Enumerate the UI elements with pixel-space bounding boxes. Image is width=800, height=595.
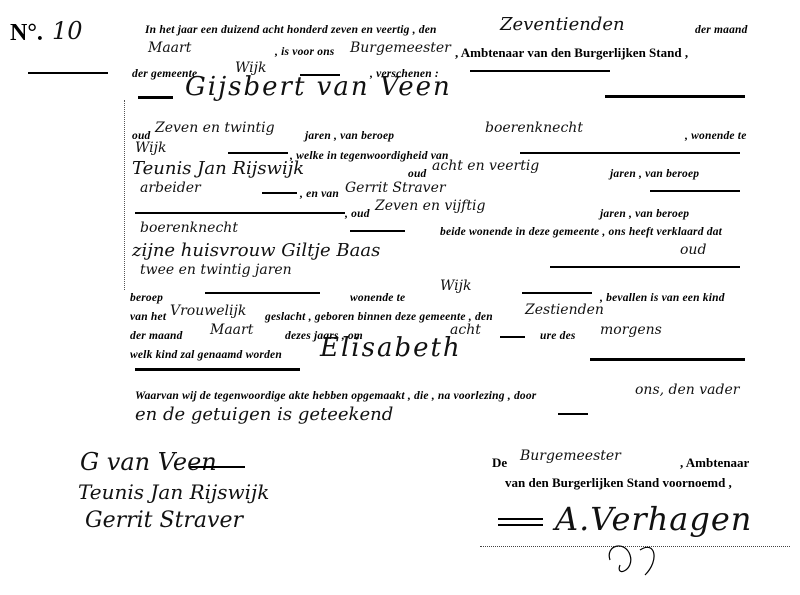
printed-voornoemd: van den Burgerlijken Stand voornoemd ,	[505, 475, 732, 491]
fill-rule	[135, 368, 300, 371]
hw-mother-text: zijne huisvrouw Giltje Baas	[132, 240, 380, 261]
fill-rule	[205, 292, 320, 294]
printed-wonende-te: , wonende te	[685, 130, 747, 142]
signature-witness1: Teunis Jan Rijswijk	[78, 480, 269, 504]
flourish-icon	[600, 540, 680, 580]
fill-rule	[262, 192, 297, 194]
hw-father-residence: Wijk	[135, 140, 166, 156]
printed-ambtenaar: , Ambtenaar	[680, 455, 749, 471]
hw-mother-residence: Wijk	[440, 278, 471, 294]
act-number-label: N°.	[10, 20, 43, 47]
hw-day: Zeventienden	[500, 14, 625, 35]
hw-father-occupation: boerenknecht	[485, 120, 583, 136]
hw-signers-b: en de getuigen is geteekend	[135, 404, 393, 425]
hw-witness1-age: acht en veertig	[432, 158, 539, 174]
margin-line	[124, 100, 125, 290]
signature-witness2: Gerrit Straver	[85, 508, 243, 533]
fill-rule	[135, 212, 345, 214]
printed-oud: , oud	[345, 208, 370, 220]
fill-rule	[520, 152, 740, 154]
act-number-value: 10	[52, 17, 83, 45]
printed-genaamd-worden: welk kind zal genaamd worden	[130, 349, 282, 361]
fill-rule	[590, 358, 745, 361]
fill-rule	[550, 266, 740, 268]
printed-van-het: van het	[130, 311, 166, 323]
hw-official-title: Burgemeester	[350, 40, 451, 56]
number-divider	[28, 72, 108, 74]
signature-dash	[498, 524, 543, 526]
hw-witness2-age: Zeven en vijftig	[375, 198, 485, 214]
printed-wonende-te: wonende te	[350, 292, 405, 304]
hw-mother-age: twee en twintig jaren	[140, 262, 292, 278]
hw-witness1-name: Teunis Jan Rijswijk	[132, 158, 304, 179]
hw-child-name: Elisabeth	[320, 333, 462, 363]
fill-rule	[500, 336, 525, 338]
hw-birth-day: Zestienden	[525, 302, 604, 318]
printed-beroep: beroep	[130, 292, 163, 304]
printed-waarvan: Waarvan wij de tegenwoordige akte hebben…	[135, 390, 536, 402]
fill-rule	[228, 152, 288, 154]
hw-father-name: Gijsbert van Veen	[185, 72, 452, 102]
fill-rule	[138, 96, 173, 99]
printed-der-maand: der maand	[130, 330, 183, 342]
fill-rule	[650, 190, 740, 192]
printed-der-maand: der maand	[695, 24, 748, 36]
signature-underline	[190, 466, 245, 468]
printed-voor-ons: , is voor ons	[275, 46, 334, 58]
printed-en-van: , en van	[300, 188, 339, 200]
printed-ure-des: ure des	[540, 330, 576, 342]
printed-oud: oud	[408, 168, 427, 180]
hw-oud: oud	[680, 242, 706, 258]
printed-ambtenaar: , Ambtenaar van den Burgerlijken Stand ,	[455, 45, 688, 61]
fill-rule	[470, 70, 610, 72]
fill-rule	[522, 292, 592, 294]
signature-father: G van Veen	[80, 448, 217, 476]
hw-official-title: Burgemeester	[520, 448, 621, 464]
hw-witness2-name: Gerrit Straver	[345, 180, 446, 196]
printed-tegenwoordigheid: , welke in tegenwoordigheid van	[290, 150, 449, 162]
hw-child-sex: Vrouwelijk	[170, 303, 246, 319]
hw-month: Maart	[148, 40, 191, 56]
hw-witness2-occupation: boerenknecht	[140, 220, 238, 236]
printed-jaren-beroep: jaren , van beroep	[600, 208, 689, 220]
printed-bevallen: , bevallen is van een kind	[600, 292, 725, 304]
fill-rule	[558, 413, 588, 415]
printed-beide-wonende: beide wonende in deze gemeente , ons hee…	[440, 226, 722, 238]
fill-rule	[605, 95, 745, 98]
hw-father-age: Zeven en twintig	[155, 120, 275, 136]
hw-signers-a: ons, den vader	[635, 382, 739, 398]
printed-line-1: In het jaar een duizend acht honderd zev…	[145, 24, 437, 36]
signature-official: A.Verhagen	[555, 500, 752, 538]
fill-rule	[350, 230, 405, 232]
printed-jaren-beroep: jaren , van beroep	[305, 130, 394, 142]
hw-birth-month: Maart	[210, 322, 253, 338]
printed-jaren-beroep: jaren , van beroep	[610, 168, 699, 180]
hw-witness1-occupation: arbeider	[140, 180, 201, 196]
printed-de: De	[492, 455, 507, 471]
hw-birth-daytime: morgens	[600, 322, 662, 338]
signature-dash	[498, 518, 543, 520]
